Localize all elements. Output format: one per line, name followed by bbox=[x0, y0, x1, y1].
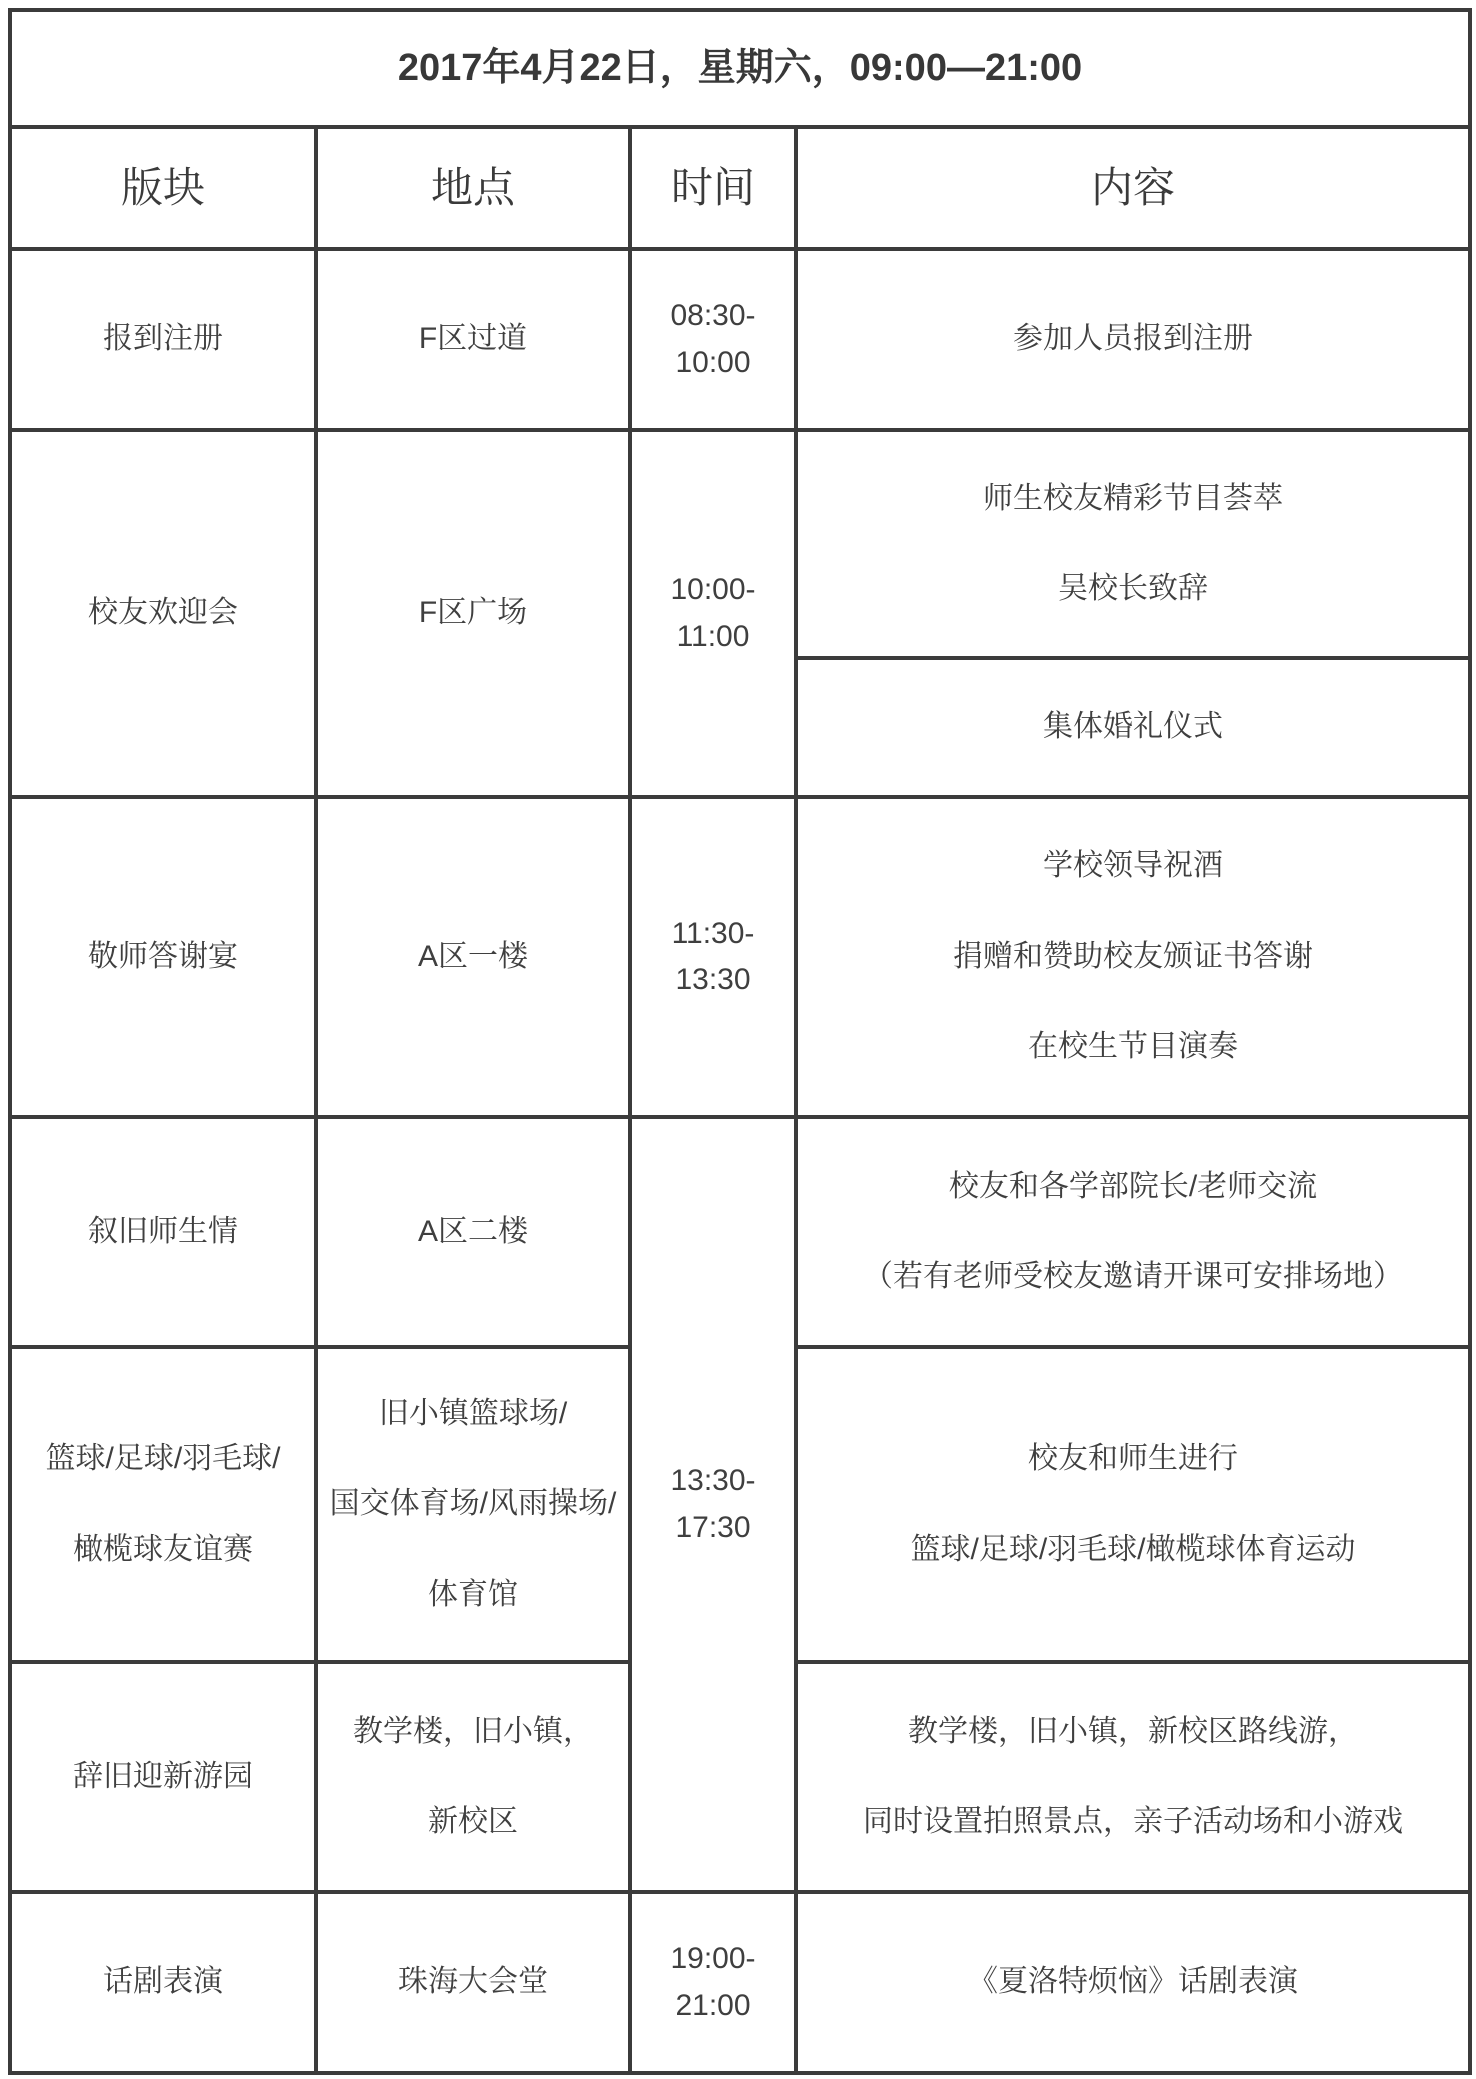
text-line: 08:30- bbox=[670, 299, 755, 334]
row4-location-cell: A区二楼 bbox=[318, 1119, 628, 1345]
text-line: A区二楼 bbox=[418, 1215, 528, 1250]
text-line: 橄榄球友谊赛 bbox=[73, 1533, 253, 1568]
text-line: 叙旧师生情 bbox=[88, 1215, 238, 1250]
title-text: 2017年4月22日，星期六，09:00—21:00 bbox=[398, 47, 1082, 91]
row6-location-cell: 教学楼，旧小镇， 新校区 bbox=[318, 1664, 628, 1890]
text-line: 新校区 bbox=[428, 1805, 518, 1840]
row2-section-cell: 校友欢迎会 bbox=[12, 432, 314, 795]
header-section-cell: 版块 bbox=[12, 129, 314, 247]
text-line: 集体婚礼仪式 bbox=[1043, 710, 1223, 745]
row1-content-cell: 参加人员报到注册 bbox=[798, 251, 1468, 428]
text-line: 旧小镇篮球场/ bbox=[379, 1397, 567, 1432]
text-line: 学校领导祝酒 bbox=[1043, 849, 1223, 884]
row1-time-cell: 08:30- 10:00 bbox=[632, 251, 794, 428]
header-location-cell: 地点 bbox=[318, 129, 628, 247]
text-line: 13:30- bbox=[670, 1464, 755, 1499]
row3-content-cell: 学校领导祝酒 捐赠和赞助校友颁证书答谢 在校生节目演奏 bbox=[798, 799, 1468, 1115]
header-content-label: 内容 bbox=[1091, 164, 1175, 212]
row2-content-bottom-cell: 集体婚礼仪式 bbox=[798, 660, 1468, 795]
text-line: 体育馆 bbox=[428, 1578, 518, 1613]
text-line: 篮球/足球/羽毛球/ bbox=[45, 1442, 280, 1477]
text-line: 《夏洛特烦恼》话剧表演 bbox=[968, 1965, 1298, 2000]
row3-section-cell: 敬师答谢宴 bbox=[12, 799, 314, 1115]
text-line: 同时设置拍照景点，亲子活动场和小游戏 bbox=[863, 1805, 1403, 1840]
text-line: 21:00 bbox=[675, 1989, 750, 2024]
text-line: 国交体育场/风雨操场/ bbox=[330, 1487, 617, 1522]
text-line: 11:00 bbox=[677, 620, 750, 655]
header-content-cell: 内容 bbox=[798, 129, 1468, 247]
row7-content-cell: 《夏洛特烦恼》话剧表演 bbox=[798, 1894, 1468, 2071]
row4-section-cell: 叙旧师生情 bbox=[12, 1119, 314, 1345]
text-line: 珠海大会堂 bbox=[398, 1965, 548, 2000]
row6-section-cell: 辞旧迎新游园 bbox=[12, 1664, 314, 1890]
header-time-cell: 时间 bbox=[632, 129, 794, 247]
row2-location-cell: F区广场 bbox=[318, 432, 628, 795]
text-line: F区广场 bbox=[419, 596, 527, 631]
row5-content-cell: 校友和师生进行 篮球/足球/羽毛球/橄榄球体育运动 bbox=[798, 1349, 1468, 1660]
text-line: 教学楼，旧小镇，新校区路线游， bbox=[908, 1715, 1358, 1750]
text-line: 吴校长致辞 bbox=[1058, 572, 1208, 607]
text-line: 在校生节目演奏 bbox=[1028, 1030, 1238, 1065]
text-line: A区一楼 bbox=[418, 940, 528, 975]
row4-content-cell: 校友和各学部院长/老师交流 （若有老师受校友邀请开课可安排场地） bbox=[798, 1119, 1468, 1345]
header-time-label: 时间 bbox=[671, 164, 755, 212]
text-line: 敬师答谢宴 bbox=[88, 940, 238, 975]
text-line: 捐赠和赞助校友颁证书答谢 bbox=[953, 940, 1313, 975]
text-line: F区过道 bbox=[419, 322, 527, 357]
row2-content-top-cell: 师生校友精彩节目荟萃 吴校长致辞 bbox=[798, 432, 1468, 656]
row3-time-cell: 11:30- 13:30 bbox=[632, 799, 794, 1115]
row7-location-cell: 珠海大会堂 bbox=[318, 1894, 628, 2071]
row6-content-cell: 教学楼，旧小镇，新校区路线游， 同时设置拍照景点，亲子活动场和小游戏 bbox=[798, 1664, 1468, 1890]
row1-location-cell: F区过道 bbox=[318, 251, 628, 428]
text-line: （若有老师受校友邀请开课可安排场地） bbox=[863, 1260, 1403, 1295]
text-line: 10:00- bbox=[670, 573, 755, 608]
row2-time-cell: 10:00- 11:00 bbox=[632, 432, 794, 795]
text-line: 篮球/足球/羽毛球/橄榄球体育运动 bbox=[910, 1533, 1355, 1568]
text-line: 13:30 bbox=[675, 963, 750, 998]
text-line: 校友和师生进行 bbox=[1028, 1442, 1238, 1477]
text-line: 17:30 bbox=[675, 1511, 750, 1546]
text-line: 话剧表演 bbox=[103, 1965, 223, 2000]
row5-location-cell: 旧小镇篮球场/ 国交体育场/风雨操场/ 体育馆 bbox=[318, 1349, 628, 1660]
text-line: 校友欢迎会 bbox=[88, 596, 238, 631]
text-line: 师生校友精彩节目荟萃 bbox=[983, 482, 1283, 517]
schedule-table: 2017年4月22日，星期六，09:00—21:00 版块 地点 时间 内容 报… bbox=[8, 8, 1472, 2075]
table-title: 2017年4月22日，星期六，09:00—21:00 bbox=[12, 12, 1468, 125]
text-line: 参加人员报到注册 bbox=[1013, 322, 1253, 357]
text-line: 教学楼，旧小镇， bbox=[353, 1715, 593, 1750]
header-section-label: 版块 bbox=[121, 164, 205, 212]
row7-section-cell: 话剧表演 bbox=[12, 1894, 314, 2071]
row7-time-cell: 19:00- 21:00 bbox=[632, 1894, 794, 2071]
text-line: 报到注册 bbox=[103, 322, 223, 357]
row5-section-cell: 篮球/足球/羽毛球/ 橄榄球友谊赛 bbox=[12, 1349, 314, 1660]
text-line: 19:00- bbox=[670, 1942, 755, 1977]
row1-section-cell: 报到注册 bbox=[12, 251, 314, 428]
text-line: 11:30- bbox=[672, 917, 755, 952]
text-line: 辞旧迎新游园 bbox=[73, 1760, 253, 1795]
text-line: 10:00 bbox=[675, 346, 750, 381]
text-line: 校友和各学部院长/老师交流 bbox=[949, 1170, 1317, 1205]
header-location-label: 地点 bbox=[431, 164, 515, 212]
row3-location-cell: A区一楼 bbox=[318, 799, 628, 1115]
rows4to6-time-cell: 13:30- 17:30 bbox=[632, 1119, 794, 1890]
